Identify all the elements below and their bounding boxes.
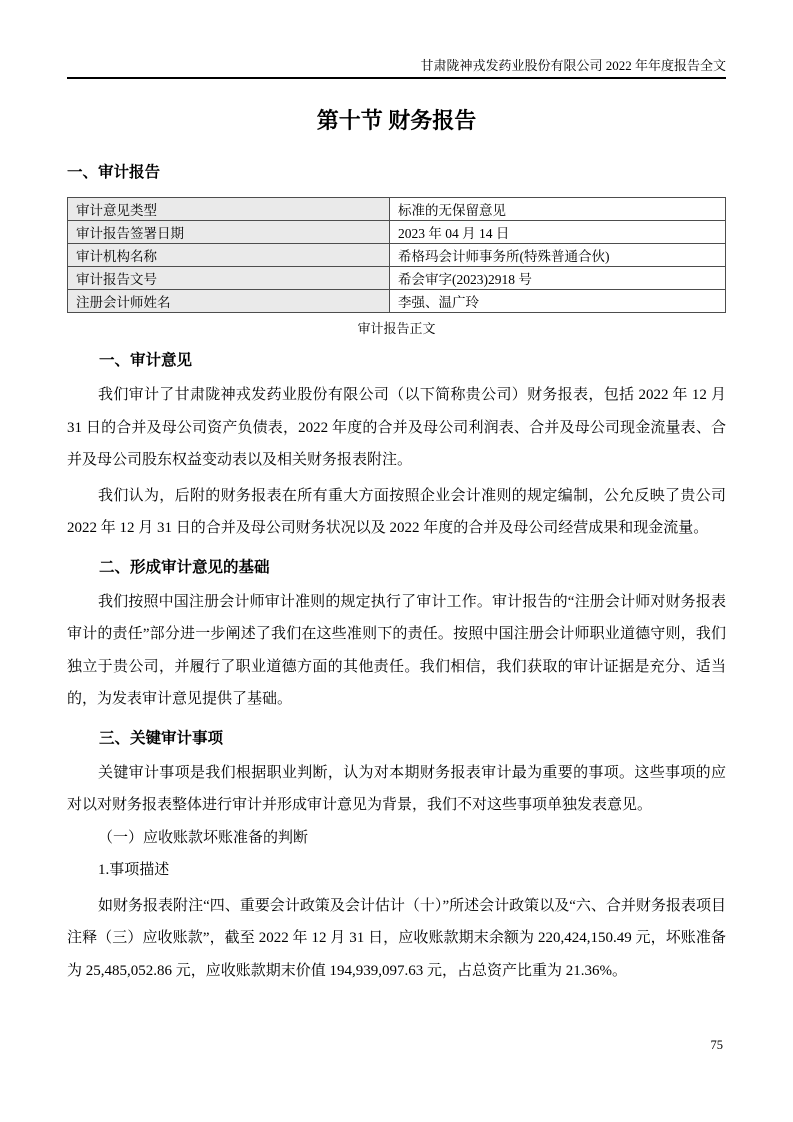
table-value-cell: 标准的无保留意见 (390, 198, 726, 221)
page-content: 甘肃陇神戎发药业股份有限公司 2022 年年度报告全文 第十节 财务报告 一、审… (0, 0, 793, 987)
table-row: 审计报告签署日期 2023 年 04 月 14 日 (68, 221, 726, 244)
table-value-cell: 希会审字(2023)2918 号 (390, 267, 726, 290)
audit-report-body: 一、审计意见 我们审计了甘肃陇神戎发药业股份有限公司（以下简称贵公司）财务报表，… (67, 345, 726, 987)
audit-report-body-caption: 审计报告正文 (67, 320, 726, 338)
table-value-cell: 2023 年 04 月 14 日 (390, 221, 726, 244)
paragraph-basis-1: 我们按照中国注册会计师审计准则的规定执行了审计工作。审计报告的“注册会计师对财务… (67, 586, 726, 716)
heading-key-audit-matters: 三、关键审计事项 (67, 723, 726, 754)
paragraph-opinion-1: 我们审计了甘肃陇神戎发药业股份有限公司（以下简称贵公司）财务报表，包括 2022… (67, 379, 726, 477)
table-value-cell: 希格玛会计师事务所(特殊普通合伙) (390, 244, 726, 267)
table-value-cell: 李强、温广玲 (390, 290, 726, 313)
page-number: 75 (711, 1037, 724, 1053)
table-label-cell: 注册会计师姓名 (68, 290, 390, 313)
paragraph-key-matters-1: 关键审计事项是我们根据职业判断，认为对本期财务报表审计最为重要的事项。这些事项的… (67, 757, 726, 822)
table-label-cell: 审计报告签署日期 (68, 221, 390, 244)
header-divider (67, 77, 726, 79)
heading-basis-of-opinion: 二、形成审计意见的基础 (67, 552, 726, 583)
table-row: 审计报告文号 希会审字(2023)2918 号 (68, 267, 726, 290)
subheading-item-description: 1.事项描述 (67, 854, 726, 887)
paragraph-opinion-2: 我们认为，后附的财务报表在所有重大方面按照企业会计准则的规定编制，公允反映了贵公… (67, 480, 726, 545)
paragraph-receivables-detail: 如财务报表附注“四、重要会计政策及会计估计（十）”所述会计政策以及“六、合并财务… (67, 890, 726, 988)
audit-summary-table: 审计意见类型 标准的无保留意见 审计报告签署日期 2023 年 04 月 14 … (67, 197, 726, 313)
subheading-receivables-bad-debt: （一）应收账款坏账准备的判断 (67, 822, 726, 855)
document-page: 甘肃陇神戎发药业股份有限公司 2022 年年度报告全文 第十节 财务报告 一、审… (0, 0, 793, 1122)
page-header: 甘肃陇神戎发药业股份有限公司 2022 年年度报告全文 (67, 0, 726, 74)
table-row: 审计机构名称 希格玛会计师事务所(特殊普通合伙) (68, 244, 726, 267)
page-title: 第十节 财务报告 (67, 104, 726, 138)
section-heading-audit-report: 一、审计报告 (67, 162, 726, 184)
table-label-cell: 审计意见类型 (68, 198, 390, 221)
heading-audit-opinion: 一、审计意见 (67, 345, 726, 376)
table-label-cell: 审计机构名称 (68, 244, 390, 267)
table-row: 审计意见类型 标准的无保留意见 (68, 198, 726, 221)
table-label-cell: 审计报告文号 (68, 267, 390, 290)
table-row: 注册会计师姓名 李强、温广玲 (68, 290, 726, 313)
